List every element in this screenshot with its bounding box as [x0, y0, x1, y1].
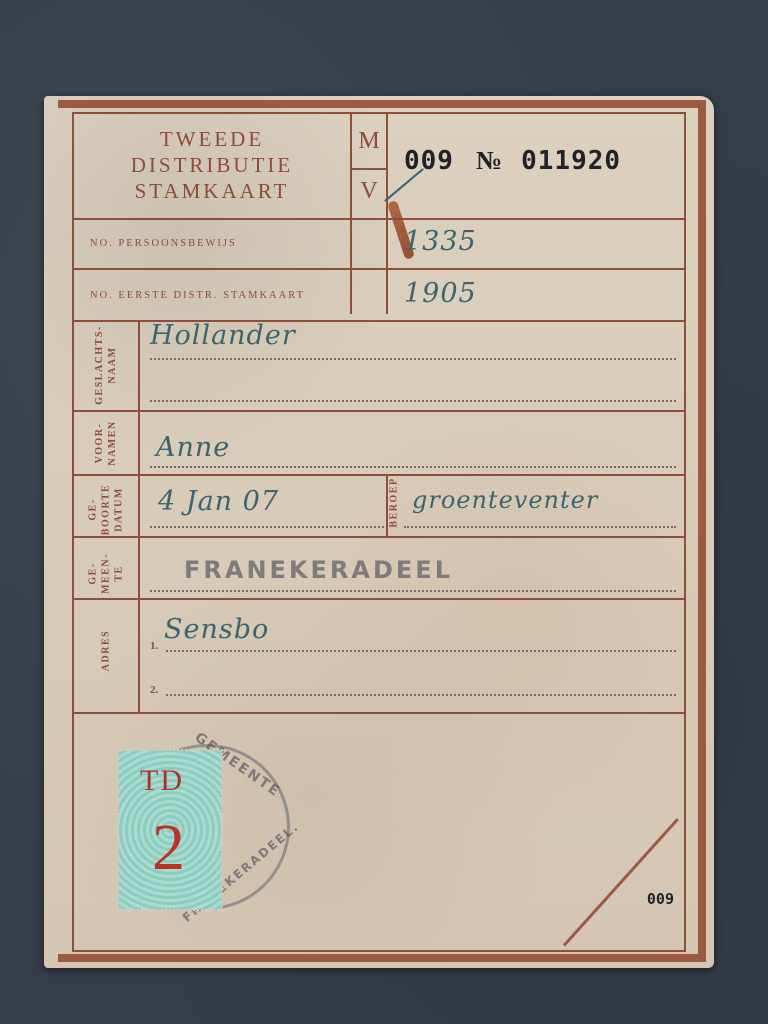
dotted-line — [166, 694, 676, 696]
serial-number: 009№011920 — [404, 146, 621, 176]
divider — [74, 536, 684, 538]
gemeente-value: FRANEKERADEEL — [184, 556, 453, 584]
serial-prefix: 009 — [404, 146, 454, 176]
divider — [74, 712, 684, 714]
voornamen-value: Anne — [156, 432, 230, 463]
gemeente-label: GE- MEEN- TE — [87, 532, 126, 616]
dotted-line — [404, 526, 676, 528]
eerste-stamkaart-label: NO. EERSTE DISTR. STAMKAART — [90, 290, 305, 301]
serial-value: 011920 — [521, 146, 621, 176]
stamp-letters: TD — [140, 764, 184, 798]
beroep-value: groenteventer — [412, 486, 598, 514]
divider — [386, 114, 388, 314]
corner-number: 009 — [647, 890, 674, 908]
geboortedatum-value: 4 Jan 07 — [158, 486, 279, 517]
adres-line-1-value: Sensbo — [164, 614, 269, 645]
divider — [74, 598, 684, 600]
persoonsbewijs-label: NO. PERSOONSBEWIJS — [90, 238, 237, 249]
number-sign: № — [476, 146, 503, 175]
title-line-3: STAMKAART — [74, 178, 350, 204]
card-title: TWEEDE DISTRIBUTIE STAMKAART — [74, 118, 350, 226]
persoonsbewijs-value: 1335 — [404, 226, 477, 257]
divider — [74, 268, 684, 270]
dotted-line — [166, 650, 676, 652]
dotted-line — [150, 590, 676, 592]
title-line-2: DISTRIBUTIE — [74, 152, 350, 178]
divider — [74, 218, 684, 220]
dotted-line — [150, 400, 676, 402]
label-column-divider — [138, 320, 140, 712]
dotted-line — [150, 466, 676, 468]
adres-line-1-number: 1. — [150, 640, 158, 652]
divider — [74, 474, 684, 476]
distribution-card: TWEEDE DISTRIBUTIE STAMKAART M V 009№011… — [44, 96, 714, 968]
title-line-1: TWEEDE — [74, 126, 350, 152]
adres-label: ADRES — [100, 609, 113, 693]
dotted-line — [150, 526, 384, 528]
divider — [350, 168, 386, 170]
sex-option-male: M — [352, 128, 386, 155]
eerste-stamkaart-value: 1905 — [404, 278, 477, 309]
dotted-line — [150, 358, 676, 360]
card-frame: TWEEDE DISTRIBUTIE STAMKAART M V 009№011… — [72, 112, 686, 952]
geslachtsnaam-label: GESLACHTS- NAAM — [93, 323, 119, 407]
stamp-value: 2 — [152, 810, 185, 886]
divider — [74, 410, 684, 412]
beroep-label: BEROEP — [388, 473, 401, 533]
revenue-stamp: TD 2 — [118, 750, 222, 910]
geslachtsnaam-value: Hollander — [150, 320, 296, 351]
sex-option-female: V — [352, 178, 386, 205]
adres-line-2-number: 2. — [150, 684, 158, 696]
